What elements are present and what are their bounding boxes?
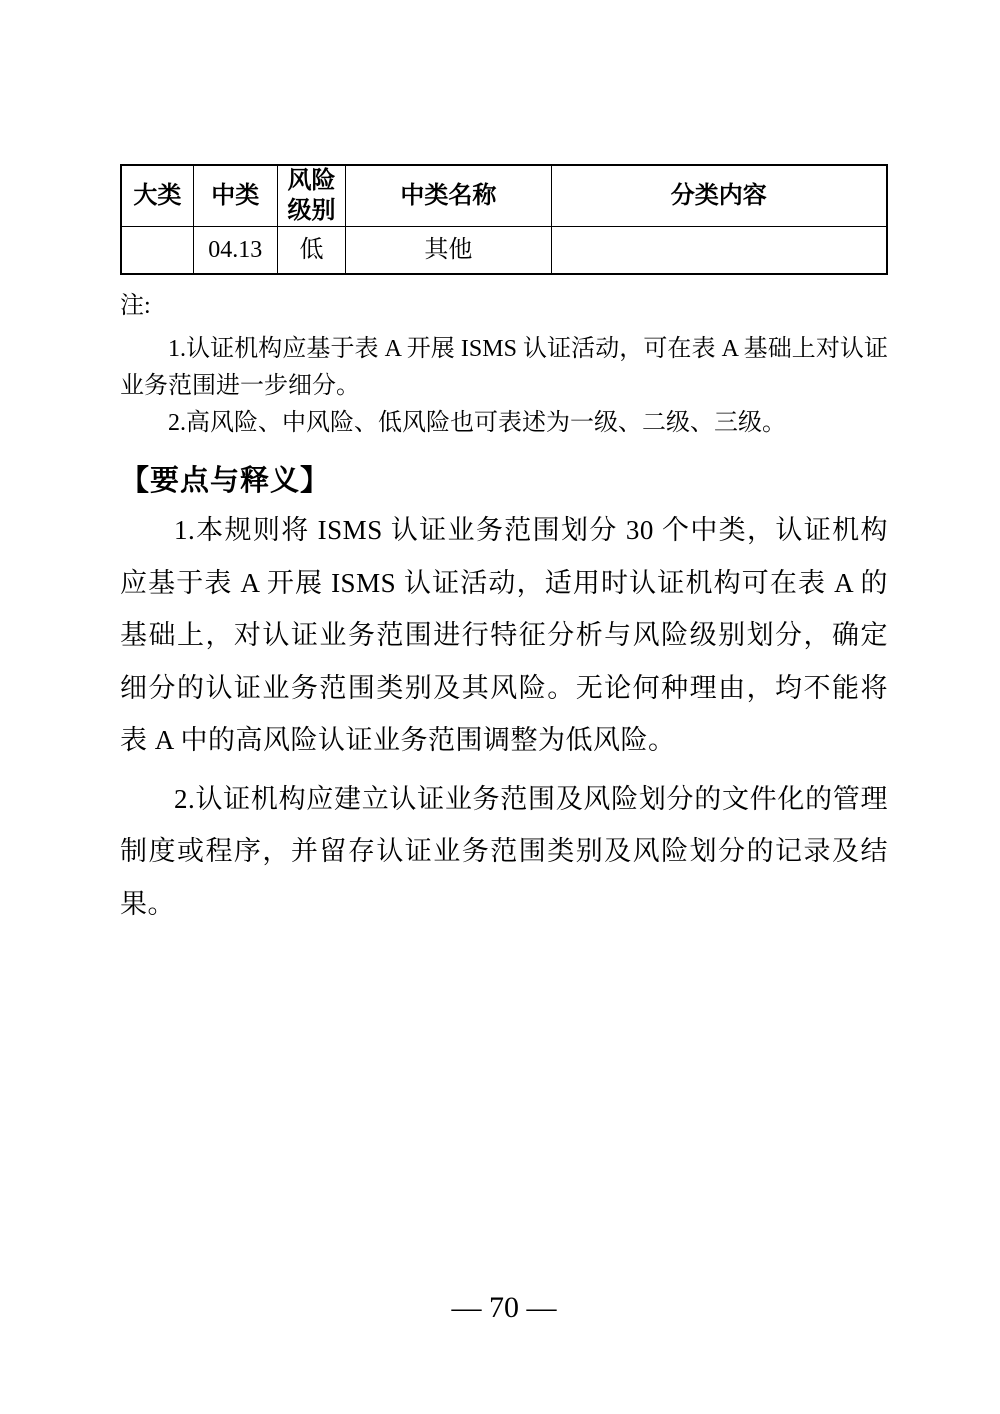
header-classification-content: 分类内容 (551, 165, 887, 227)
cell-middle-category-name: 其他 (346, 227, 552, 275)
header-major-category: 大类 (121, 165, 193, 227)
note-item-2: 2.高风险、中风险、低风险也可表述为一级、二级、三级。 (120, 405, 888, 442)
notes-block: 注: 1.认证机构应基于表 A 开展 ISMS 认证活动，可在表 A 基础上对认… (120, 288, 888, 442)
header-middle-category-name: 中类名称 (346, 165, 552, 227)
header-middle-category: 中类 (193, 165, 277, 227)
page-number: — 70 — (120, 1290, 888, 1326)
document-page: 大类 中类 风险级别 中类名称 分类内容 04.13 低 其他 注: 1. (0, 0, 1000, 1414)
key-point-paragraph-2: 2.认证机构应建立认证业务范围及风险划分的文件化的管理制度或程序，并留存认证业务… (120, 773, 888, 931)
notes-label: 注: (120, 288, 888, 325)
key-point-paragraph-1: 1.本规则将 ISMS 认证业务范围划分 30 个中类，认证机构应基于表 A 开… (120, 504, 888, 767)
cell-middle-category-code: 04.13 (193, 227, 277, 275)
section-heading-key-points: 【要点与释义】 (120, 464, 888, 498)
note-item-1: 1.认证机构应基于表 A 开展 ISMS 认证活动，可在表 A 基础上对认证业务… (120, 331, 888, 405)
cell-risk-level: 低 (277, 227, 345, 275)
table-row: 04.13 低 其他 (121, 227, 887, 275)
page-content: 大类 中类 风险级别 中类名称 分类内容 04.13 低 其他 注: 1. (120, 164, 888, 930)
table-header-row: 大类 中类 风险级别 中类名称 分类内容 (121, 165, 887, 227)
cell-major-category (121, 227, 193, 275)
classification-table: 大类 中类 风险级别 中类名称 分类内容 04.13 低 其他 (120, 164, 888, 275)
cell-classification-content (551, 227, 887, 275)
header-risk-level: 风险级别 (277, 165, 345, 227)
